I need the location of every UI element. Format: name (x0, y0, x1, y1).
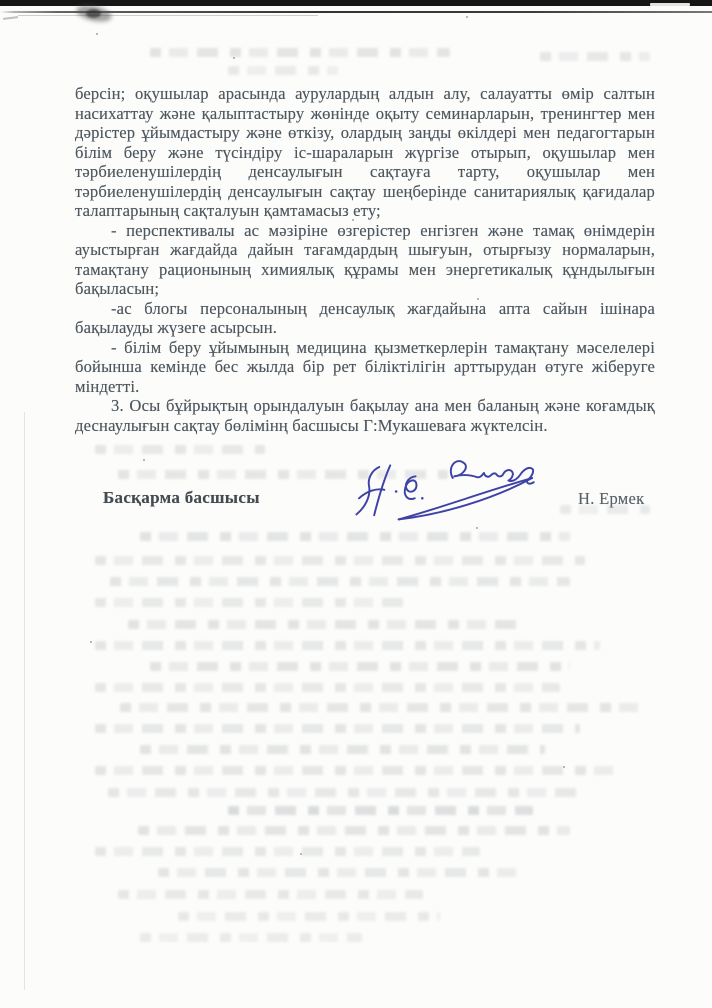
scanned-document-page: берсін; оқушылар арасында аурулардың алд… (0, 0, 712, 1008)
fold-line (24, 412, 25, 990)
scan-mark (3, 16, 18, 20)
scan-edge-bar-gap (650, 3, 690, 6)
signatory-title: Басқарма басшысы (103, 488, 260, 508)
body-paragraph: берсін; оқушылар арасында аурулардың алд… (75, 84, 655, 221)
body-paragraph: 3. Осы бұйрықтың орындалуын бақылау ана … (75, 396, 655, 435)
handwritten-signature-icon (348, 450, 538, 528)
scan-edge-line-echo (18, 15, 318, 16)
document-body: берсін; оқушылар арасында аурулардың алд… (75, 84, 655, 435)
body-paragraph: - білім беру ұйымының медицина қызметкер… (75, 338, 655, 397)
ink-smudge (76, 4, 126, 28)
body-paragraph: -ас блогы персоналының денсаулық жағдайы… (75, 299, 655, 338)
body-paragraph: - перспективалы ас мәзіріне өзгерістер е… (75, 221, 655, 299)
signatory-name: Н. Ермек (578, 489, 644, 509)
